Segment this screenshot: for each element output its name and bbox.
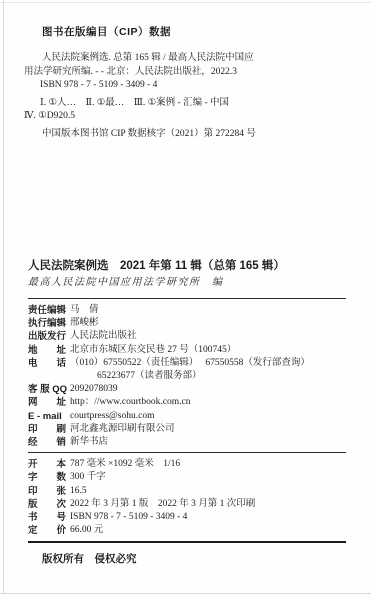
row-label: 版 次 xyxy=(28,498,68,511)
info-row-service-qq: 客 服 QQ 2092078039 xyxy=(28,383,346,396)
row-label: 地 址 xyxy=(28,344,68,357)
row-value: （010）67550522（责任编辑） 67550558（发行部查询） xyxy=(68,357,310,370)
print-specs-list: 开 本 787 毫米 ×1092 毫米 1/16 字 数 300 千字 印 张 … xyxy=(28,458,346,537)
info-row-address: 地 址 北京市东城区东交民巷 27 号（100745） xyxy=(28,344,346,357)
row-value: 66.00 元 xyxy=(68,524,103,537)
row-label: 电 话 xyxy=(28,357,68,370)
cip-section: 图书在版编目（CIP）数据 人民法院案例选. 总第 165 辑 / 最高人民法院… xyxy=(28,25,346,141)
row-label xyxy=(28,370,68,383)
publication-info-list: 责任编辑 马 倩 执行编辑 邢峻彬 出版发行 人民法院出版社 地 址 北京市东城… xyxy=(28,304,346,449)
row-value: 2092078039 xyxy=(68,383,118,396)
row-label: 经 销 xyxy=(28,436,68,449)
info-row-telephone-cont: 65223677（读者服务部） xyxy=(28,370,346,383)
row-label: E - mail xyxy=(28,410,68,423)
row-label: 印 张 xyxy=(28,485,68,498)
info-row-telephone: 电 话 （010）67550522（责任编辑） 67550558（发行部查询） xyxy=(28,357,346,370)
row-value: 北京市东城区东交民巷 27 号（100745） xyxy=(68,344,236,357)
row-value: 787 毫米 ×1092 毫米 1/16 xyxy=(68,458,180,471)
spec-row-sheets: 印 张 16.5 xyxy=(28,485,346,498)
row-value: ISBN 978 - 7 - 5109 - 3409 - 4 xyxy=(68,511,187,524)
spec-row-price: 定 价 66.00 元 xyxy=(28,524,346,537)
row-value: 新华书店 xyxy=(68,436,108,449)
spec-row-isbn: 书 号 ISBN 978 - 7 - 5109 - 3409 - 4 xyxy=(28,511,346,524)
row-value: courtpress@sohu.com xyxy=(68,410,154,423)
spec-row-format: 开 本 787 毫米 ×1092 毫米 1/16 xyxy=(28,458,346,471)
row-value: http：//www.courtbook.com.cn xyxy=(68,396,191,409)
row-value: 河北鑫兆源印刷有限公司 xyxy=(68,423,175,436)
cip-record-number: 中国版本图书馆 CIP 数据核字（2021）第 272284 号 xyxy=(42,128,346,142)
row-label: 网 址 xyxy=(28,396,68,409)
cip-catalog-text: 人民法院案例选. 总第 165 辑 / 最高人民法院中国应 用法学研究所编. -… xyxy=(28,52,346,141)
row-label: 开 本 xyxy=(28,458,68,471)
row-value: 16.5 xyxy=(68,485,87,498)
row-label: 印 刷 xyxy=(28,423,68,436)
divider-middle xyxy=(28,452,346,453)
row-label: 书 号 xyxy=(28,511,68,524)
row-label: 客 服 QQ xyxy=(28,383,68,396)
copyright-notice: 版权所有 侵权必究 xyxy=(42,552,346,566)
cip-line: 用法学研究所编. - - 北京：人民法院出版社，2022.3 xyxy=(24,66,346,80)
info-row-website: 网 址 http：//www.courtbook.com.cn xyxy=(28,396,346,409)
divider-top xyxy=(28,298,346,299)
page-content: 图书在版编目（CIP）数据 人民法院案例选. 总第 165 辑 / 最高人民法院… xyxy=(0,0,371,566)
spec-row-word-count: 字 数 300 千字 xyxy=(28,471,346,484)
page-edge-bottom xyxy=(0,593,371,594)
spec-row-edition: 版 次 2022 年 3 月第 1 版 2022 年 3 月第 1 次印刷 xyxy=(28,498,346,511)
book-title: 人民法院案例选 2021 年第 11 辑（总第 165 辑） xyxy=(28,259,346,274)
row-value: 人民法院出版社 xyxy=(68,330,137,343)
title-block: 人民法院案例选 2021 年第 11 辑（总第 165 辑） 最高人民法院中国应… xyxy=(28,259,346,290)
info-row-publisher: 出版发行 人民法院出版社 xyxy=(28,330,346,343)
row-value: 65223677（读者服务部） xyxy=(68,370,202,383)
row-label: 定 价 xyxy=(28,524,68,537)
cip-heading: 图书在版编目（CIP）数据 xyxy=(42,25,346,39)
row-label: 出版发行 xyxy=(28,330,68,343)
row-value: 马 倩 xyxy=(68,304,99,317)
row-value: 300 千字 xyxy=(68,471,106,484)
row-label: 责任编辑 xyxy=(28,304,68,317)
copyright-page: 图书在版编目（CIP）数据 人民法院案例选. 总第 165 辑 / 最高人民法院… xyxy=(0,0,371,600)
row-label: 执行编辑 xyxy=(28,317,68,330)
book-editor: 最高人民法院中国应用法学研究所 编 xyxy=(28,276,346,290)
cip-classification-line: Ⅰ. ①人… Ⅱ. ①最… Ⅲ. ①案例 - 汇编 - 中国 xyxy=(40,97,346,111)
cip-isbn-line: ISBN 978 - 7 - 5109 - 3409 - 4 xyxy=(40,79,346,93)
row-label: 字 数 xyxy=(28,471,68,484)
row-value: 邢峻彬 xyxy=(68,317,99,330)
info-row-executive-editor: 执行编辑 邢峻彬 xyxy=(28,317,346,330)
info-row-distributor: 经 销 新华书店 xyxy=(28,436,346,449)
info-row-responsible-editor: 责任编辑 马 倩 xyxy=(28,304,346,317)
cip-line: 人民法院案例选. 总第 165 辑 / 最高人民法院中国应 xyxy=(42,52,346,66)
cip-classification-line: Ⅳ. ①D920.5 xyxy=(24,110,346,124)
row-value: 2022 年 3 月第 1 版 2022 年 3 月第 1 次印刷 xyxy=(68,498,255,511)
info-row-printer: 印 刷 河北鑫兆源印刷有限公司 xyxy=(28,423,346,436)
divider-bottom xyxy=(28,541,346,543)
info-row-email: E - mail courtpress@sohu.com xyxy=(28,410,346,423)
